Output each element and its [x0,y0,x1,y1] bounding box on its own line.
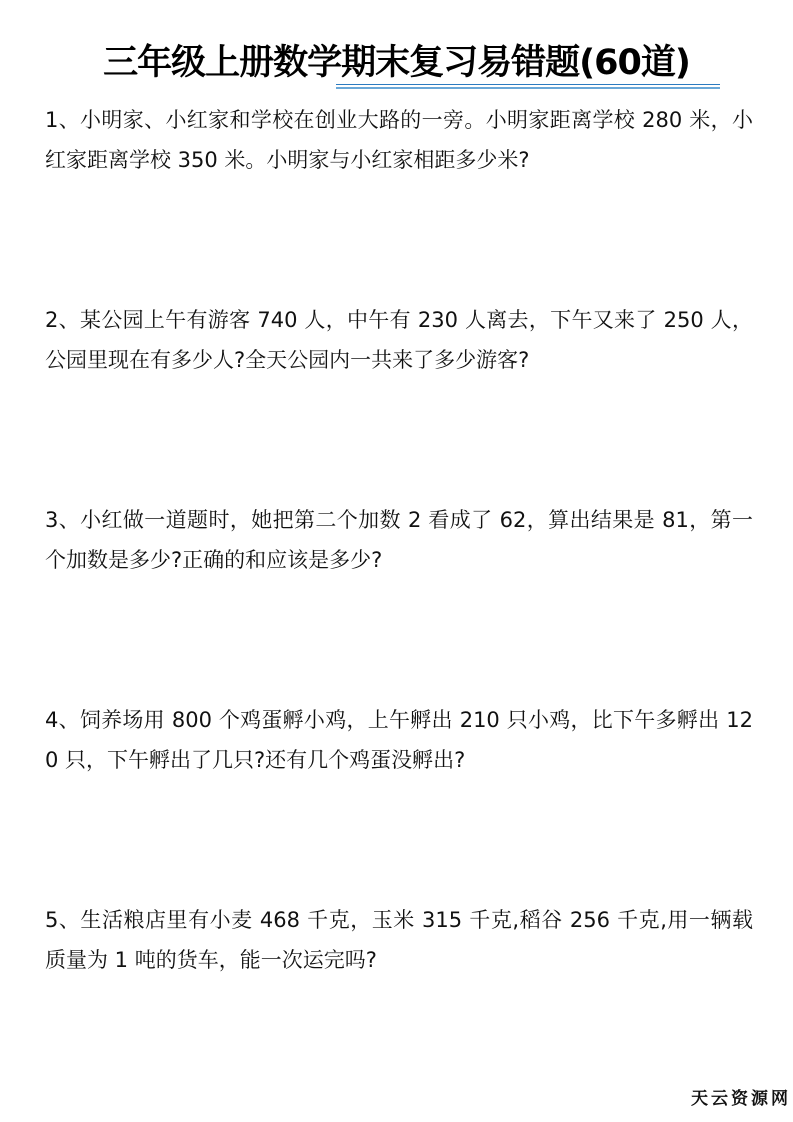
title-underline-decoration [336,84,720,86]
page-title: 三年级上册数学期末复习易错题(60道) [0,40,793,86]
question-5: 5、生活粮店里有小麦 468 千克，玉米 315 千克,稻谷 256 千克,用一… [45,900,753,980]
watermark-logo: 天云资源网 [691,1084,791,1109]
question-2: 2、某公园上午有游客 740 人，中午有 230 人离去，下午又来了 250 人… [45,300,753,380]
question-1: 1、小明家、小红家和学校在创业大路的一旁。小明家距离学校 280 米，小红家距离… [45,100,753,180]
question-3: 3、小红做一道题时，她把第二个加数 2 看成了 62，算出结果是 81，第一个加… [45,500,753,580]
question-4: 4、饲养场用 800 个鸡蛋孵小鸡，上午孵出 210 只小鸡，比下午多孵出 12… [45,700,753,780]
